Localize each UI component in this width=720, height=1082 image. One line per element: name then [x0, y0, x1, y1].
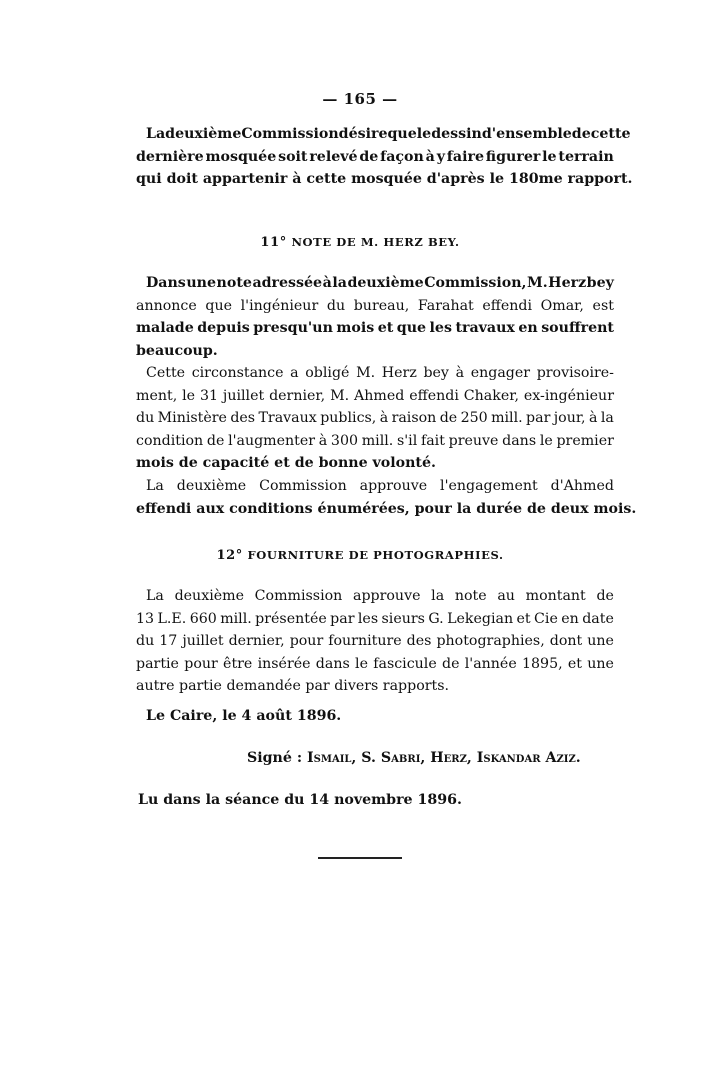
paragraph-mosque-drawing: LadeuxièmeCommissiondésirequeledessind'e… — [136, 123, 614, 191]
text-line: annoncequel'ingénieurdubureau,Farahateff… — [136, 295, 614, 318]
text-line: ment,le31juilletdernier,M.AhmedeffendiCh… — [136, 385, 614, 408]
text-line: conditiondel'augmenterà300mill.s'ilfaitp… — [136, 430, 614, 453]
place-date: Le Caire, le 4 août 1896. — [146, 708, 341, 724]
text-line: dernièremosquéesoitrelevédefaçonàyfairef… — [136, 146, 614, 169]
document-page: — 165 — LadeuxièmeCommissiondésirequeled… — [0, 0, 720, 1082]
text-line: du17juilletdernier,pourfournituredesphot… — [136, 630, 614, 653]
signatories: Ismail, S. Sabri, Herz, Iskandar Aziz. — [307, 750, 581, 766]
page-number: — 165 — — [0, 90, 720, 108]
text-line: qui doit appartenir à cette mosquée d'ap… — [136, 168, 614, 191]
signature-line: Signé : Ismail, S. Sabri, Herz, Iskandar… — [247, 750, 581, 766]
section-title: FOURNITURE DE PHOTOGRAPHIES. — [247, 548, 503, 562]
section-heading-11: 11° NOTE DE M. HERZ BEY. — [0, 235, 720, 250]
paragraph-herz-note: DansunenoteadresséeàladeuxièmeCommission… — [136, 272, 614, 362]
text-line: LadeuxièmeCommissiondésirequeledessind'e… — [136, 123, 614, 146]
section-number: 11° — [260, 235, 286, 250]
text-line: mois de capacité et de bonne volonté. — [136, 452, 614, 475]
section-number: 12° — [216, 548, 242, 563]
text-line: autre partie demandée par divers rapport… — [136, 675, 614, 698]
text-line: 13L.E.660mill.présentéeparlessieursG.Lek… — [136, 608, 614, 631]
paragraph-photographs: LadeuxièmeCommissionapprouvelanoteaumont… — [136, 585, 614, 698]
signed-label: Signé : — [247, 750, 302, 766]
text-line: LadeuxièmeCommissionapprouvelanoteaumont… — [136, 585, 614, 608]
section-heading-12: 12° FOURNITURE DE PHOTOGRAPHIES. — [0, 548, 720, 563]
text-line: duMinistèredesTravauxpublics,àraisonde25… — [136, 407, 614, 430]
text-line: DansunenoteadresséeàladeuxièmeCommission… — [136, 272, 614, 295]
text-line: LadeuxièmeCommissionapprouvel'engagement… — [136, 475, 614, 498]
section-title: NOTE DE M. HERZ BEY. — [291, 235, 459, 249]
text-line: maladedepuispresqu'unmoisetquelestravaux… — [136, 317, 614, 340]
end-rule-divider — [318, 857, 402, 859]
text-line: CettecirconstanceaobligéM.Herzbeyàengage… — [136, 362, 614, 385]
text-line: effendi aux conditions énumérées, pour l… — [136, 498, 614, 521]
paragraph-engagement: CettecirconstanceaobligéM.Herzbeyàengage… — [136, 362, 614, 475]
paragraph-approval-ahmed: LadeuxièmeCommissionapprouvel'engagement… — [136, 475, 614, 520]
read-in-session-note: Lu dans la séance du 14 novembre 1896. — [138, 792, 462, 808]
text-line: partiepourêtreinséréedanslefasciculedel'… — [136, 653, 614, 676]
text-line: beaucoup. — [136, 340, 614, 363]
